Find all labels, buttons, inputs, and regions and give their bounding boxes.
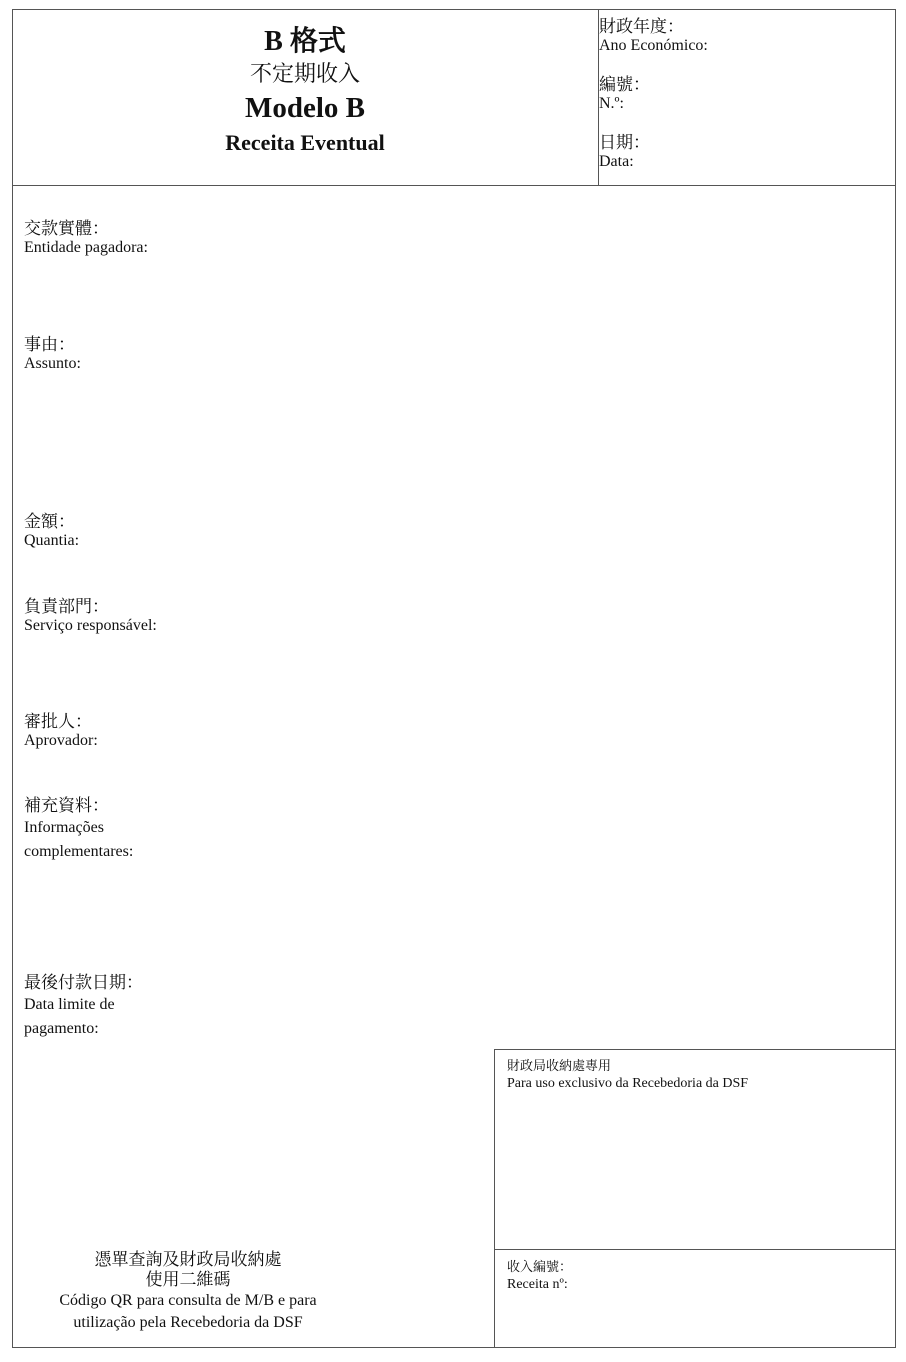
form-subtitle-pt: Receita Eventual (12, 126, 598, 160)
field-amount[interactable]: 金額： Quantia: (24, 512, 79, 550)
receipt-number-label-pt: Receita nº: (507, 1276, 572, 1293)
field-subject[interactable]: 事由： Assunto: (24, 335, 81, 373)
form-title-pt: Modelo B (12, 90, 598, 126)
field-approver-label-pt: Aprovador: (24, 732, 98, 750)
field-paying-entity-label-zh: 交款實體： (24, 219, 148, 239)
receipt-number-field[interactable]: 收入編號： Receita nº: (507, 1259, 572, 1293)
field-amount-label-zh: 金額： (24, 512, 79, 532)
field-approver-label-zh: 審批人： (24, 712, 98, 732)
field-payment-deadline-label-pt-1: Data limite de (24, 993, 143, 1017)
recebedoria-label-zh: 財政局收納處專用 (507, 1058, 748, 1075)
meta-fiscal-year-label-zh: 財政年度： (599, 17, 708, 37)
field-amount-label-pt: Quantia: (24, 532, 79, 550)
field-payment-deadline-label-zh: 最後付款日期： (24, 973, 143, 993)
field-payment-deadline[interactable]: 最後付款日期： Data limite de pagamento: (24, 973, 143, 1041)
qr-caption-line2: 使用二維碼 (12, 1270, 364, 1290)
field-paying-entity[interactable]: 交款實體： Entidade pagadora: (24, 219, 148, 257)
qr-caption-line1: 憑單查詢及財政局收納處 (12, 1250, 364, 1270)
field-additional-info[interactable]: 補充資料： Informações complementares: (24, 796, 133, 864)
meta-date[interactable]: 日期： Data: (599, 133, 650, 171)
meta-date-label-pt: Data: (599, 153, 650, 171)
field-paying-entity-label-pt: Entidade pagadora: (24, 239, 148, 257)
field-payment-deadline-label-pt-2: pagamento: (24, 1017, 143, 1041)
field-additional-info-label-pt-1: Informações (24, 816, 133, 840)
field-responsible-service-label-zh: 負責部門： (24, 597, 157, 617)
form-subtitle-zh: 不定期收入 (12, 60, 598, 90)
meta-date-label-zh: 日期： (599, 133, 650, 153)
header-divider (12, 185, 896, 186)
meta-number[interactable]: 編號： N.º: (599, 75, 650, 113)
recebedoria-label-pt: Para uso exclusivo da Recebedoria da DSF (507, 1075, 748, 1092)
field-responsible-service-label-pt: Serviço responsável: (24, 617, 157, 635)
qr-code-caption: 憑單查詢及財政局收納處 使用二維碼 Código QR para consult… (12, 1250, 364, 1334)
recebedoria-box-divider (494, 1249, 896, 1250)
meta-number-label-zh: 編號： (599, 75, 650, 95)
meta-number-label-pt: N.º: (599, 95, 650, 113)
field-additional-info-label-pt-2: complementares: (24, 840, 133, 864)
qr-caption-line3: Código QR para consulta de M/B e para (12, 1290, 364, 1312)
field-approver[interactable]: 審批人： Aprovador: (24, 712, 98, 750)
field-responsible-service[interactable]: 負責部門： Serviço responsável: (24, 597, 157, 635)
field-additional-info-label-zh: 補充資料： (24, 796, 133, 816)
form-title-block: B 格式 不定期收入 Modelo B Receita Eventual (12, 24, 598, 160)
field-subject-label-pt: Assunto: (24, 355, 81, 373)
recebedoria-box (494, 1049, 896, 1348)
meta-fiscal-year-label-pt: Ano Económico: (599, 37, 708, 55)
form-title-zh: B 格式 (12, 24, 598, 60)
field-subject-label-zh: 事由： (24, 335, 81, 355)
recebedoria-label: 財政局收納處專用 Para uso exclusivo da Recebedor… (507, 1058, 748, 1092)
receipt-number-label-zh: 收入編號： (507, 1259, 572, 1276)
qr-caption-line4: utilização pela Recebedoria da DSF (12, 1312, 364, 1334)
meta-fiscal-year[interactable]: 財政年度： Ano Económico: (599, 17, 708, 55)
